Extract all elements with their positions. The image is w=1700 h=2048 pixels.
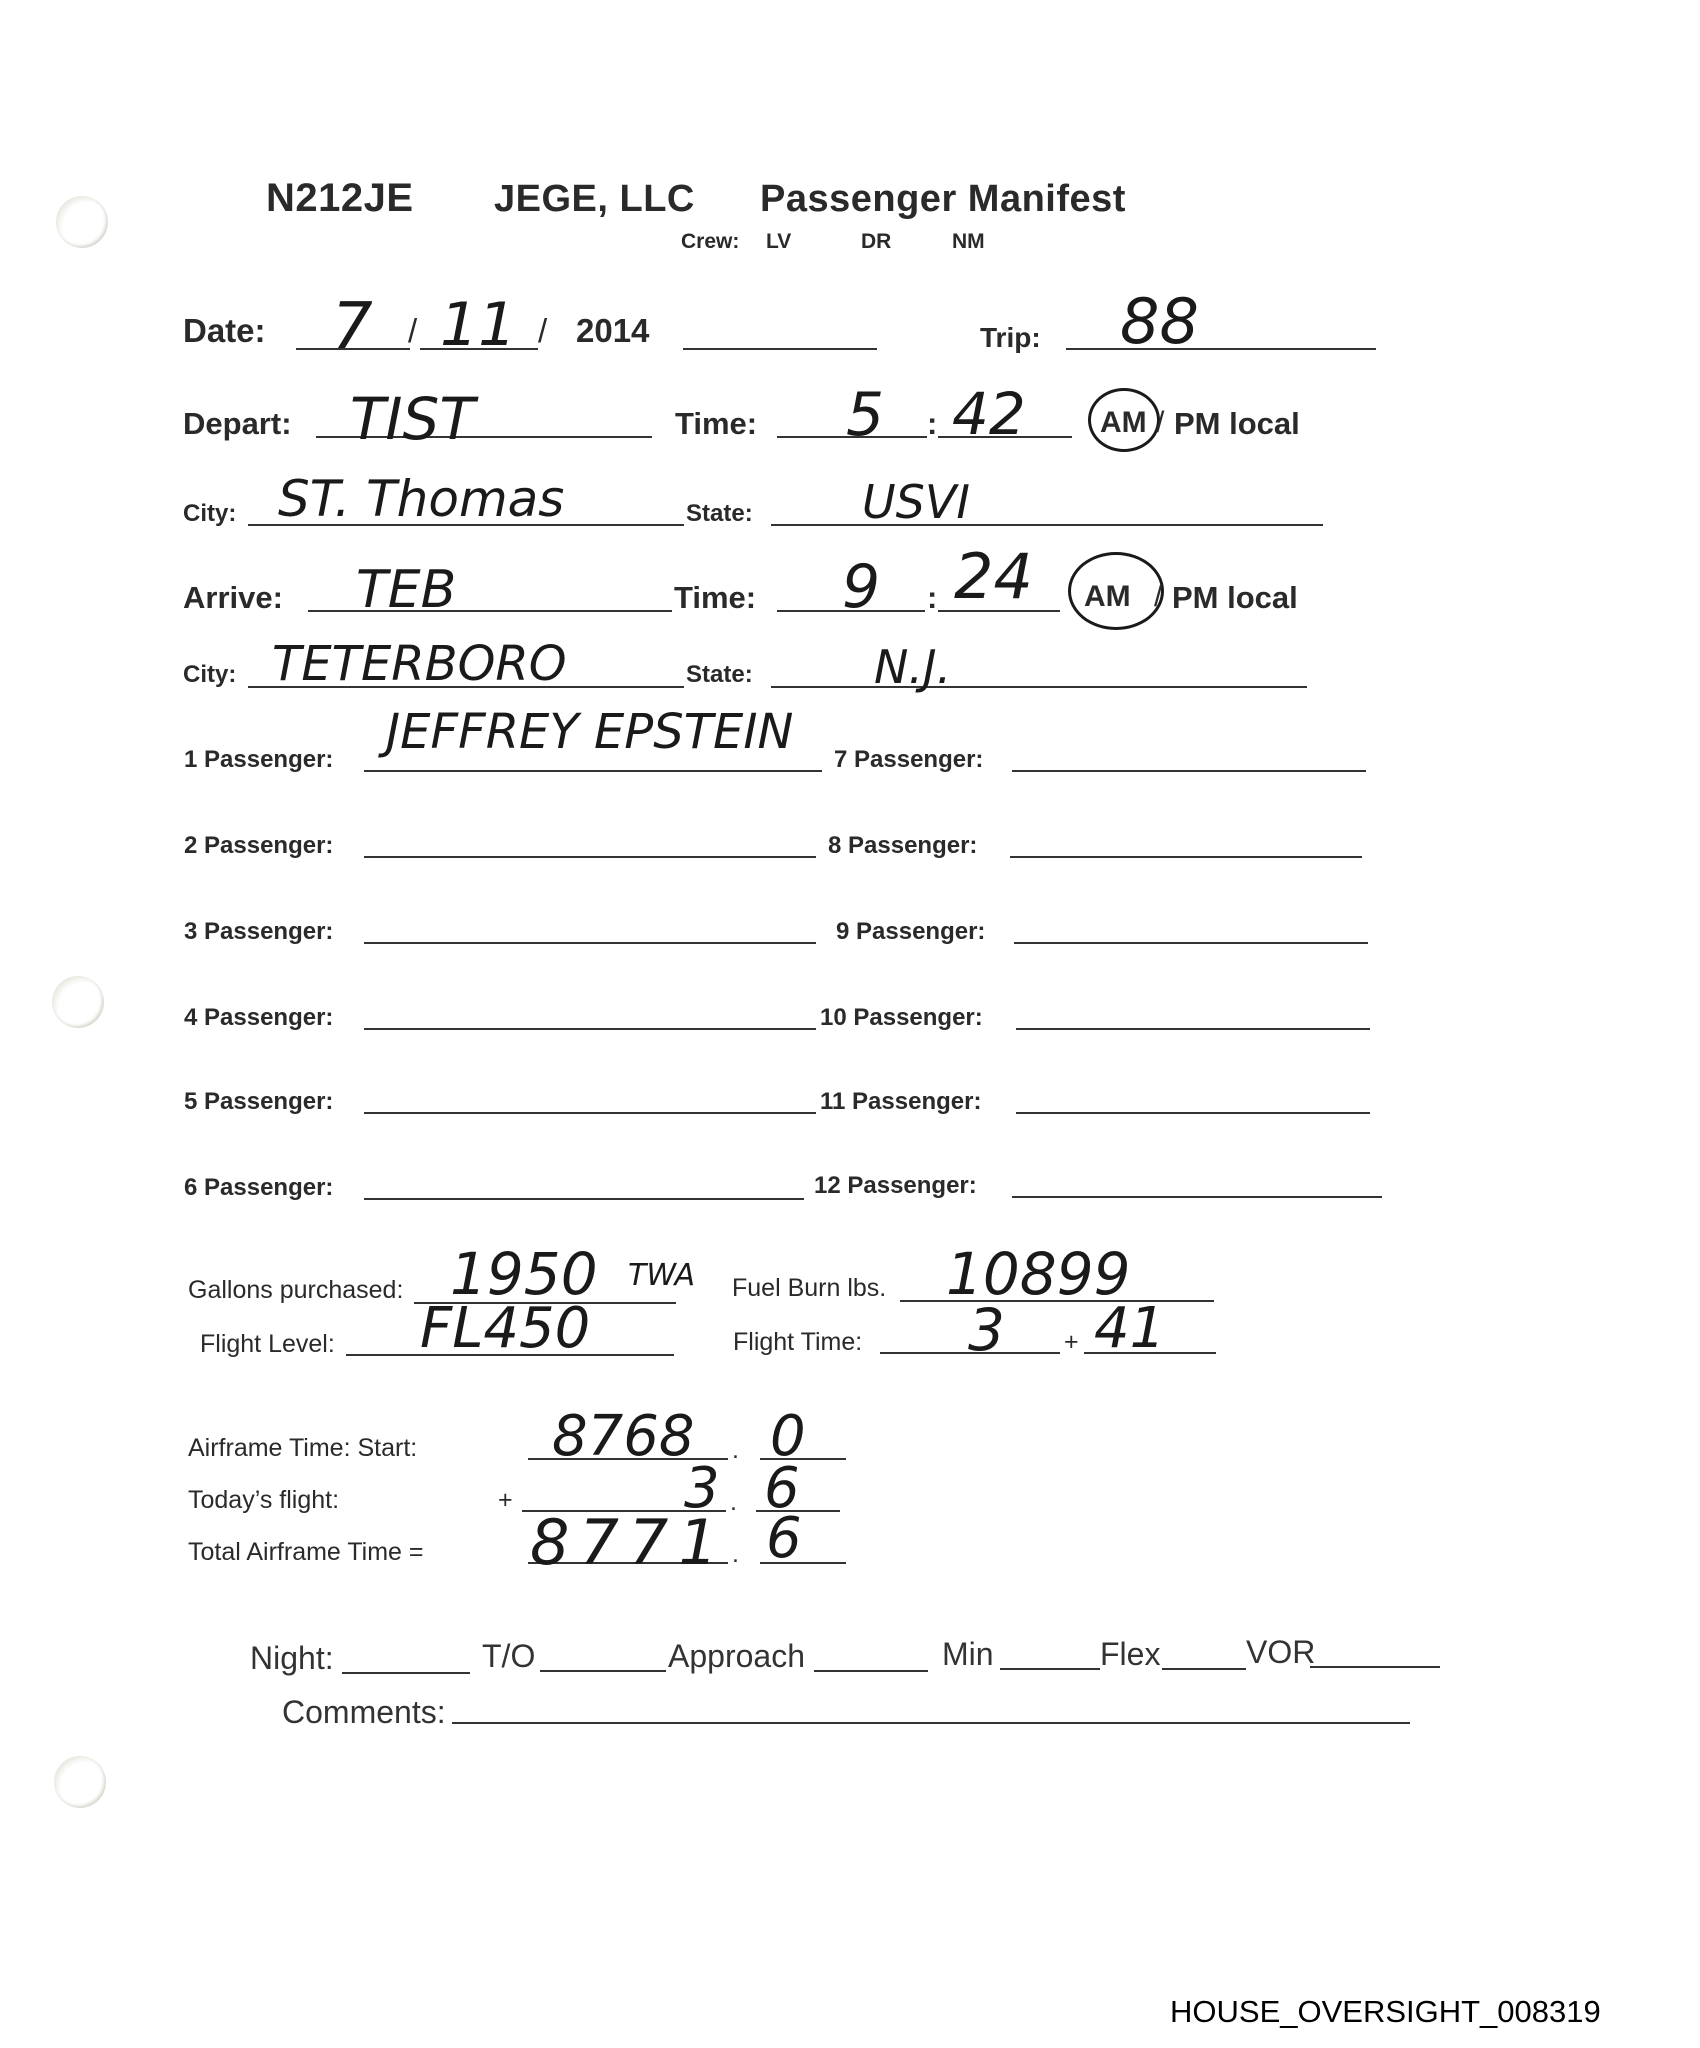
depart-time-label: Time: — [675, 406, 757, 442]
arrive-time-label: Time: — [674, 580, 756, 616]
date-day-value: 11 — [440, 290, 516, 360]
airframe-start-label: Airframe Time: Start: — [188, 1434, 417, 1463]
arrive-am-circle — [1068, 552, 1164, 630]
arrive-minute-value: 24 — [954, 540, 1033, 613]
passenger-8-label: 8 Passenger: — [828, 832, 977, 860]
total-airframe-whole-value: 8771 — [530, 1506, 728, 1579]
flex-label: Flex — [1100, 1636, 1160, 1673]
passenger-1-value: JEFFREY EPSTEIN — [386, 704, 793, 760]
arrive-state-label: State: — [686, 661, 753, 689]
passenger-4-label: 4 Passenger: — [184, 1004, 333, 1032]
depart-pm-option[interactable]: PM local — [1174, 406, 1300, 442]
binder-hole-middle — [52, 976, 104, 1028]
passenger-5-field[interactable] — [364, 1112, 816, 1114]
arrive-city-value: TETERBORO — [272, 636, 567, 692]
airframe-start-dot: . — [732, 1436, 739, 1465]
approach-label: Approach — [668, 1638, 805, 1675]
takeoff-field[interactable] — [540, 1670, 666, 1672]
passenger-11-field[interactable] — [1016, 1112, 1370, 1114]
approach-field[interactable] — [814, 1670, 928, 1672]
passenger-9-label: 9 Passenger: — [836, 918, 985, 946]
min-field[interactable] — [1000, 1668, 1100, 1670]
flight-time-label: Flight Time: — [733, 1328, 862, 1357]
binder-hole-top — [56, 196, 108, 248]
depart-label: Depart: — [183, 406, 292, 442]
total-airframe-label: Total Airframe Time = — [188, 1538, 424, 1567]
passenger-10-field[interactable] — [1016, 1028, 1370, 1030]
trip-label: Trip: — [980, 322, 1041, 354]
arrive-label: Arrive: — [183, 580, 283, 616]
flight-level-label: Flight Level: — [200, 1330, 335, 1359]
depart-hour-value: 5 — [846, 380, 884, 450]
crew-member-2: DR — [861, 230, 891, 254]
night-label: Night: — [250, 1640, 334, 1677]
vor-field[interactable] — [1310, 1666, 1440, 1668]
night-field[interactable] — [342, 1672, 470, 1674]
trip-field[interactable] — [1066, 348, 1376, 350]
crew-member-1: LV — [766, 230, 791, 254]
comments-label: Comments: — [282, 1694, 446, 1731]
date-month-value: 7 — [332, 290, 373, 364]
flight-time-hours-value: 3 — [968, 1296, 1005, 1364]
passenger-6-label: 6 Passenger: — [184, 1174, 333, 1202]
form-title: Passenger Manifest — [760, 178, 1126, 221]
flight-time-minutes-value: 41 — [1094, 1296, 1165, 1361]
trip-value: 88 — [1120, 285, 1199, 358]
depart-city-label: City: — [183, 500, 236, 528]
todays-flight-plus: + — [498, 1486, 513, 1515]
tail-number: N212JE — [266, 176, 414, 221]
passenger-12-label: 12 Passenger: — [814, 1172, 977, 1200]
gallons-vendor-note: TWA — [628, 1258, 695, 1293]
depart-state-label: State: — [686, 500, 753, 528]
passenger-7-label: 7 Passenger: — [834, 746, 983, 774]
passenger-2-field[interactable] — [364, 856, 816, 858]
arrive-hour-value: 9 — [842, 552, 880, 622]
arrive-time-colon: : — [927, 580, 937, 616]
airframe-start-whole-value: 8768 — [552, 1404, 695, 1469]
depart-am-circle — [1088, 388, 1160, 452]
passenger-3-label: 3 Passenger: — [184, 918, 333, 946]
passenger-4-field[interactable] — [364, 1028, 816, 1030]
vor-label: VOR — [1246, 1634, 1315, 1671]
binder-hole-bottom — [54, 1756, 106, 1808]
crew-label: Crew: — [681, 230, 739, 254]
depart-minute-value: 42 — [952, 380, 1026, 448]
depart-state-value: USVI — [862, 475, 970, 529]
arrive-ampm-separator: / — [1154, 580, 1162, 614]
passenger-6-field[interactable] — [364, 1198, 804, 1200]
date-extra-field[interactable] — [683, 348, 877, 350]
passenger-12-field[interactable] — [1012, 1196, 1382, 1198]
passenger-10-label: 10 Passenger: — [820, 1004, 983, 1032]
crew-member-3: NM — [952, 230, 985, 254]
depart-city-value: ST. Thomas — [278, 470, 564, 528]
date-separator-2: / — [538, 312, 547, 350]
arrive-state-field[interactable] — [771, 686, 1307, 688]
passenger-9-field[interactable] — [1014, 942, 1368, 944]
arrive-city-label: City: — [183, 661, 236, 689]
depart-state-field[interactable] — [771, 524, 1323, 526]
passenger-1-label: 1 Passenger: — [184, 746, 333, 774]
flight-level-value: FL450 — [420, 1296, 590, 1361]
date-separator: / — [408, 312, 417, 350]
company-name: JEGE, LLC — [494, 178, 695, 221]
depart-time-colon: : — [927, 406, 937, 442]
arrive-state-value: N.J. — [874, 640, 951, 694]
total-airframe-tenth-value: 6 — [766, 1506, 802, 1571]
passenger-7-field[interactable] — [1012, 770, 1366, 772]
depart-ampm-separator: / — [1156, 406, 1164, 440]
passenger-5-label: 5 Passenger: — [184, 1088, 333, 1116]
passenger-11-label: 11 Passenger: — [820, 1088, 981, 1116]
arrive-value: TEB — [356, 560, 456, 620]
flight-time-plus: + — [1064, 1328, 1079, 1357]
flex-field[interactable] — [1162, 1668, 1246, 1670]
date-year: 2014 — [576, 312, 649, 350]
comments-field[interactable] — [452, 1722, 1410, 1724]
min-label: Min — [942, 1636, 994, 1673]
total-airframe-dot: . — [732, 1540, 739, 1569]
passenger-3-field[interactable] — [364, 942, 816, 944]
depart-value: TIST — [350, 385, 475, 453]
todays-flight-dot: . — [730, 1488, 737, 1517]
passenger-2-label: 2 Passenger: — [184, 832, 333, 860]
bates-number: HOUSE_OVERSIGHT_008319 — [1170, 1994, 1601, 2030]
date-label: Date: — [183, 312, 266, 350]
todays-flight-label: Today’s flight: — [188, 1486, 339, 1515]
arrive-pm-option[interactable]: PM local — [1172, 580, 1298, 616]
passenger-1-field[interactable] — [364, 770, 822, 772]
gallons-purchased-label: Gallons purchased: — [188, 1276, 403, 1305]
passenger-8-field[interactable] — [1010, 856, 1362, 858]
takeoff-label: T/O — [482, 1638, 535, 1675]
fuel-burn-label: Fuel Burn lbs. — [732, 1274, 886, 1303]
